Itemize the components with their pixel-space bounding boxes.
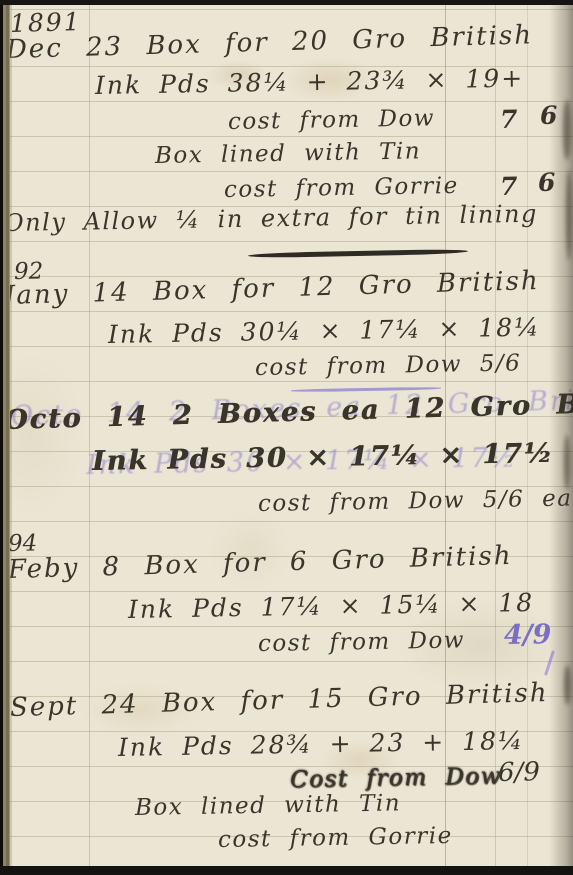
cost-line: cost from Dow	[258, 629, 465, 656]
entry-header: Feby 8 Box for 6 Gro British	[8, 543, 513, 583]
cost-line: cost from Dow	[228, 107, 435, 134]
cost-line: cost from Dow 5/6	[255, 352, 522, 380]
notebook-paper: 1891 Dec 23 Box for 20 Gro British Ink P…	[0, 5, 573, 867]
book-binding-edge	[0, 5, 12, 867]
cost-line: cost from Gorrie	[218, 825, 453, 852]
entry-dimensions: Ink Pds 38¼ + 23¾ × 19+	[95, 66, 525, 98]
ledger-page-scan: 1891 Dec 23 Box for 20 Gro British Ink P…	[0, 0, 573, 875]
entry-note: Only Allow ¼ in extra for tin lining	[4, 202, 538, 235]
year-marker: 94	[8, 532, 38, 556]
scan-bottom-border	[0, 866, 573, 875]
ink-underline	[248, 249, 468, 259]
cost-line: cost from Gorrie	[224, 175, 459, 202]
cost-line: Box lined with Tin	[135, 792, 401, 820]
shillings-amount: 7	[500, 107, 518, 132]
edge-smudge	[563, 100, 571, 160]
entry-dimensions: Ink Pds 30 × 17¼ × 17½	[92, 440, 554, 475]
edge-smudge	[566, 170, 572, 260]
entry-dimensions: Ink Pds 30¼ × 17¼ × 18¼	[108, 314, 541, 347]
entry-dimensions: Ink Pds 17¼ × 15¼ × 18	[128, 590, 535, 622]
shillings-amount: 7	[500, 174, 518, 199]
date-column-rule	[89, 5, 90, 867]
amount: 6/9	[498, 759, 540, 786]
entry-header: Sept 24 Box for 15 Gro British	[10, 680, 549, 721]
cost-line: Box lined with Tin	[155, 140, 421, 168]
cost-line: Cost from Dow	[290, 765, 502, 792]
entry-header: Jany 14 Box for 12 Gro British	[4, 268, 540, 309]
entry-dimensions: Ink Pds 28¾ + 23 + 18¼	[118, 728, 525, 760]
violet-amount: 4/9	[504, 621, 552, 649]
edge-smudge	[564, 435, 570, 490]
edge-smudge	[564, 665, 571, 705]
cost-line: cost from Dow 5/6 ea	[258, 488, 573, 516]
pence-column-rule	[527, 5, 528, 867]
year-heading: 1891	[10, 9, 82, 36]
entry-header: Dec 23 Box for 20 Gro British	[6, 22, 534, 63]
